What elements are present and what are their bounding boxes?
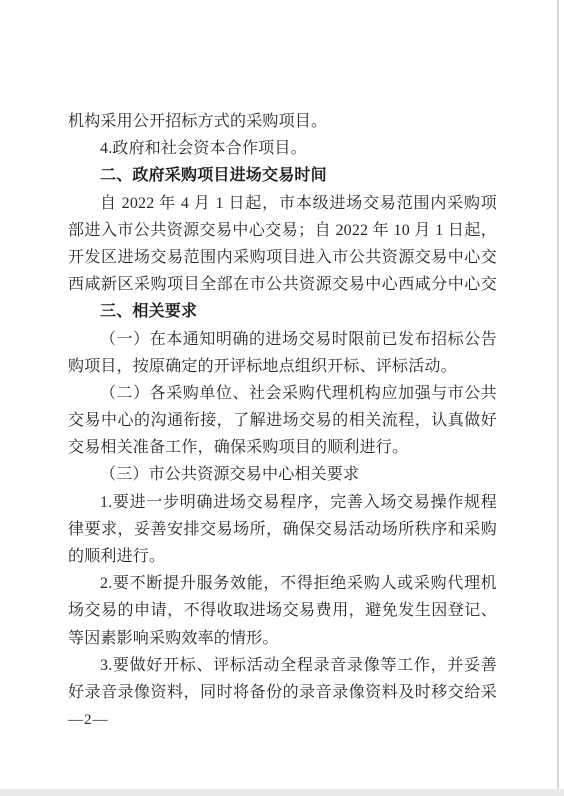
doc-line: 的顺利进行。	[68, 543, 497, 570]
doc-line: 交易中心的沟通衔接，了解进场交易的相关流程，认真做好进场	[68, 407, 497, 434]
doc-line: 部进入市公共资源交易中心交易；自 2022 年 10 月 1 日起，区县、	[68, 217, 497, 244]
doc-line: 机构采用公开招标方式的采购项目。	[68, 108, 497, 135]
doc-line-item-4: 4.政府和社会资本合作项目。	[68, 135, 497, 162]
doc-line: 交易相关准备工作，确保采购项目的顺利进行。	[68, 434, 497, 461]
doc-line: 律要求，妥善安排交易场所，确保交易活动场所秩序和采购项目	[68, 516, 497, 543]
page-right-edge-line	[557, 0, 559, 789]
doc-line: 自 2022 年 4 月 1 日起，市本级进场交易范围内采购项目全	[68, 190, 497, 217]
doc-line-clause-2: （二）各采购单位、社会采购代理机构应加强与市公共资源	[68, 380, 497, 407]
doc-line: 开发区进场交易范围内采购项目进入市公共资源交易中心交易；	[68, 244, 497, 271]
doc-line: 好录音录像资料，同时将备份的录音录像资料及时移交给采购人	[68, 679, 497, 706]
page-bottom-edge-strip	[0, 789, 564, 796]
doc-line: 场交易的申请，不得收取进场交易费用，避免发生因登记、排队	[68, 597, 497, 624]
heading-section-2: 二、政府采购项目进场交易时间	[68, 162, 497, 189]
document-page: 机构采用公开招标方式的采购项目。 4.政府和社会资本合作项目。 二、政府采购项目…	[0, 0, 564, 796]
doc-line-clause-3: （三）市公共资源交易中心相关要求	[68, 461, 497, 488]
doc-line: 等因素影响采购效率的情形。	[68, 625, 497, 652]
doc-line: 购项目，按原确定的开评标地点组织开标、评标活动。	[68, 353, 497, 380]
page-number: —2—	[68, 710, 109, 730]
doc-line-item-2: 2.要不断提升服务效能，不得拒绝采购人或采购代理机构进	[68, 570, 497, 597]
doc-line-item-1: 1.要进一步明确进场交易程序，完善入场交易操作规程和纪	[68, 489, 497, 516]
document-body: 机构采用公开招标方式的采购项目。 4.政府和社会资本合作项目。 二、政府采购项目…	[68, 108, 497, 706]
doc-line: 西咸新区采购项目全部在市公共资源交易中心西咸分中心交易。	[68, 271, 497, 298]
doc-line-item-3: 3.要做好开标、评标活动全程录音录像等工作，并妥善保存	[68, 652, 497, 679]
heading-section-3: 三、相关要求	[68, 298, 497, 325]
doc-line-clause-1: （一）在本通知明确的进场交易时限前已发布招标公告的采	[68, 326, 497, 353]
